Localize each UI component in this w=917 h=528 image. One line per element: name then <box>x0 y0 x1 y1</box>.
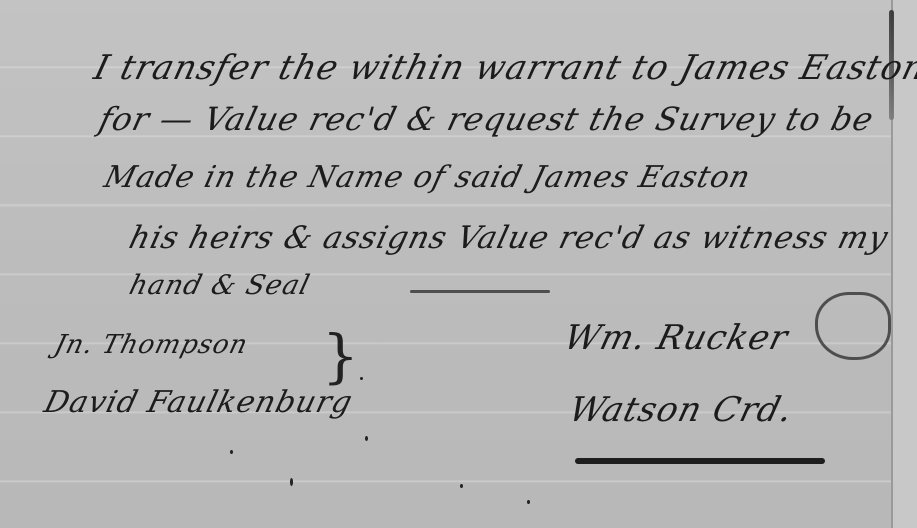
ink-speck <box>290 478 293 486</box>
body-line-1: I transfer the within warrant to James E… <box>90 48 917 88</box>
ink-speck <box>230 450 233 454</box>
ink-speck <box>365 436 368 441</box>
signature-2: Watson Crd. <box>565 390 797 430</box>
body-line-5: hand & Seal <box>126 270 313 301</box>
document-page: I transfer the within warrant to James E… <box>0 0 917 528</box>
flourish-line <box>410 290 550 293</box>
signature-underline <box>575 458 825 464</box>
seal-mark-icon <box>815 292 891 360</box>
body-line-2: for — Value rec'd & request the Survey t… <box>95 100 878 138</box>
ink-speck <box>360 377 363 380</box>
body-line-4: his heirs & assigns Value rec'd as witne… <box>126 220 893 256</box>
witness-name-2: David Faulkenburg <box>41 385 357 420</box>
ink-speck <box>460 484 463 488</box>
signature-1: Wm. Rucker <box>560 318 792 358</box>
ink-speck <box>527 500 530 504</box>
body-line-3: Made in the Name of said James Easton <box>101 160 755 195</box>
witness-name-1: Jn. Thompson <box>51 330 251 360</box>
witness-brace: } <box>322 322 359 390</box>
